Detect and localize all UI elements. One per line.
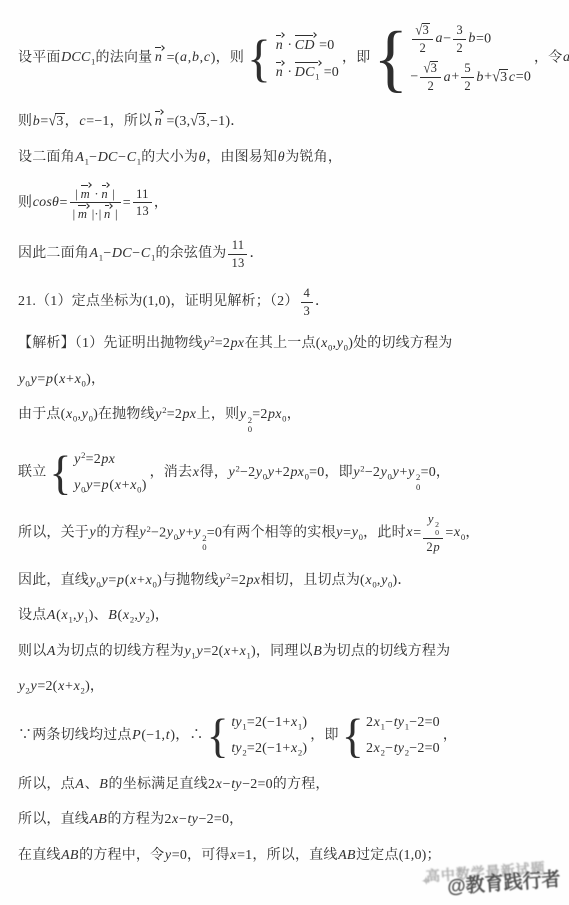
math-line-11: 所以，关于y的方程y2−2y0y+y20=0有两个相等的实根y=y0，此时x=y… xyxy=(18,512,563,555)
math-line-2: 则b=√3，c=−1，所以n=(3,√3,−1)． xyxy=(18,110,563,132)
math-line-1: 设平面DCC1的法向量n=(a,b,c)，则{n·CD=0n·DC1=0，即{√… xyxy=(18,22,563,94)
math-line-5: 因此二面角A1−DC−C1的余弦值为1113． xyxy=(18,238,563,270)
math-line-8: y0y=p(x+x0)， xyxy=(18,370,563,390)
math-line-10: 联立{y2=2pxy0y=p(x+x0)，消去x得，y2−2y0y+2px0=0… xyxy=(18,450,563,496)
watermark: ✦ 高中数学最新试题 @教育践行者 xyxy=(447,864,562,899)
math-line-4: 则cosθ=|m·n||m|·|n|=1113， xyxy=(18,184,563,223)
math-line-9: 由于点(x0,y0)在抛物线y2=2px上，则y20=2px0， xyxy=(18,405,563,434)
math-line-15: y2y=2(x+x2)， xyxy=(18,677,563,697)
math-line-3: 设二面角A1−DC−C1的大小为θ，由图易知θ为锐角， xyxy=(18,148,563,168)
document-body: 设平面DCC1的法向量n=(a,b,c)，则{n·CD=0n·DC1=0，即{√… xyxy=(0,0,569,866)
document-page: 设平面DCC1的法向量n=(a,b,c)，则{n·CD=0n·DC1=0，即{√… xyxy=(0,0,569,905)
math-line-16: ∵两条切线均过点P(−1,t)，∴{ty1=2(−1+x1)ty2=2(−1+x… xyxy=(18,713,563,759)
math-line-18: 所以，直线AB的方程为2x−ty−2=0， xyxy=(18,810,563,830)
math-line-12: 因此，直线y0y=p(x+x0)与抛物线y2=2px相切，且切点为(x0,y0)… xyxy=(18,571,563,591)
math-line-14: 则以A为切点的切线方程为y1y=2(x+x1)，同理以B为切点的切线方程为 xyxy=(18,642,563,662)
math-line-6: 21.（1）定点坐标为(1,0)，证明见解析；（2）43． xyxy=(18,286,563,318)
math-line-13: 设点A(x1,y1)、B(x2,y2)， xyxy=(18,606,563,626)
math-line-7: 【解析】（1）先证明出抛物线y2=2px在其上一点(x0,y0)处的切线方程为 xyxy=(18,334,563,354)
math-line-17: 所以，点A、B的坐标满足直线2x−ty−2=0的方程， xyxy=(18,775,563,795)
